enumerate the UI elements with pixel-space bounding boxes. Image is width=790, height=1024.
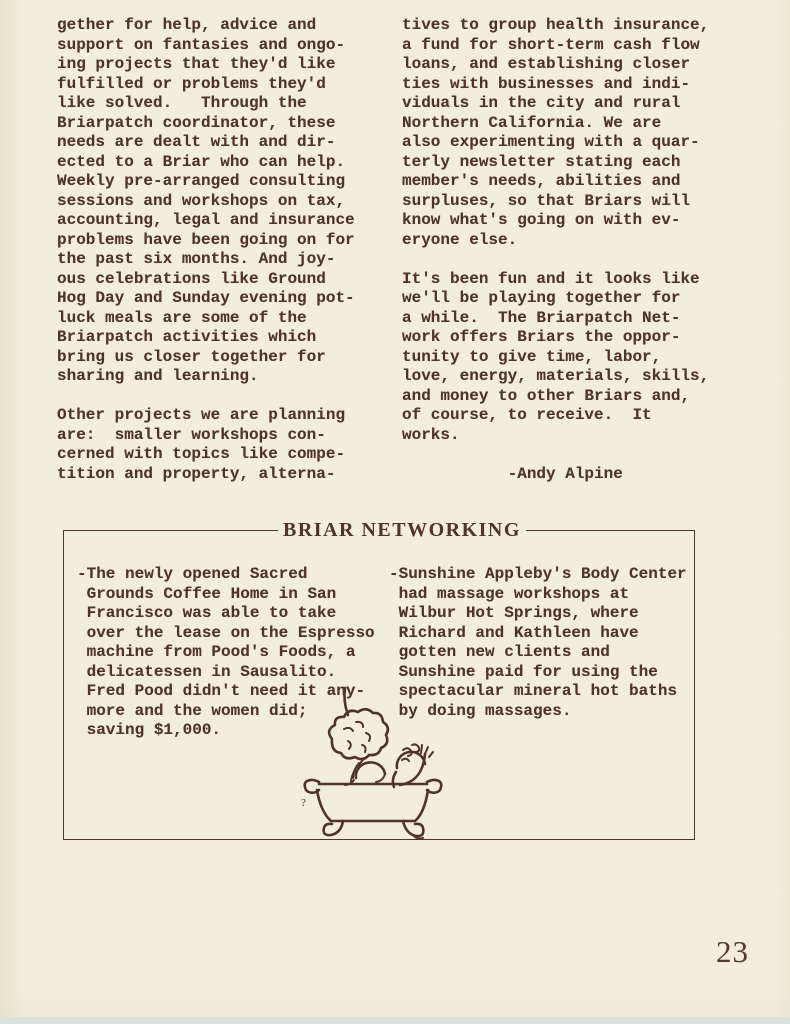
article-right-column: tives to group health insurance, a fund … <box>402 16 709 484</box>
briar-networking-box: BRIAR NETWORKING -The newly opened Sacre… <box>63 530 695 840</box>
briar-networking-title: BRIAR NETWORKING <box>278 517 526 543</box>
bathtub-foot-right <box>403 821 423 836</box>
page-number: 23 <box>716 934 749 970</box>
bathtub-illustration: ? <box>299 684 499 842</box>
bathtub-foot-left <box>324 821 343 835</box>
bathtub-body <box>317 790 428 821</box>
scanned-newsletter-page: gether for help, advice and support on f… <box>0 0 790 1024</box>
stray-mark: ? <box>301 797 306 809</box>
article-left-column: gether for help, advice and support on f… <box>57 16 355 484</box>
scan-edge-strip <box>0 1017 790 1024</box>
shower-puff-icon <box>329 709 388 759</box>
